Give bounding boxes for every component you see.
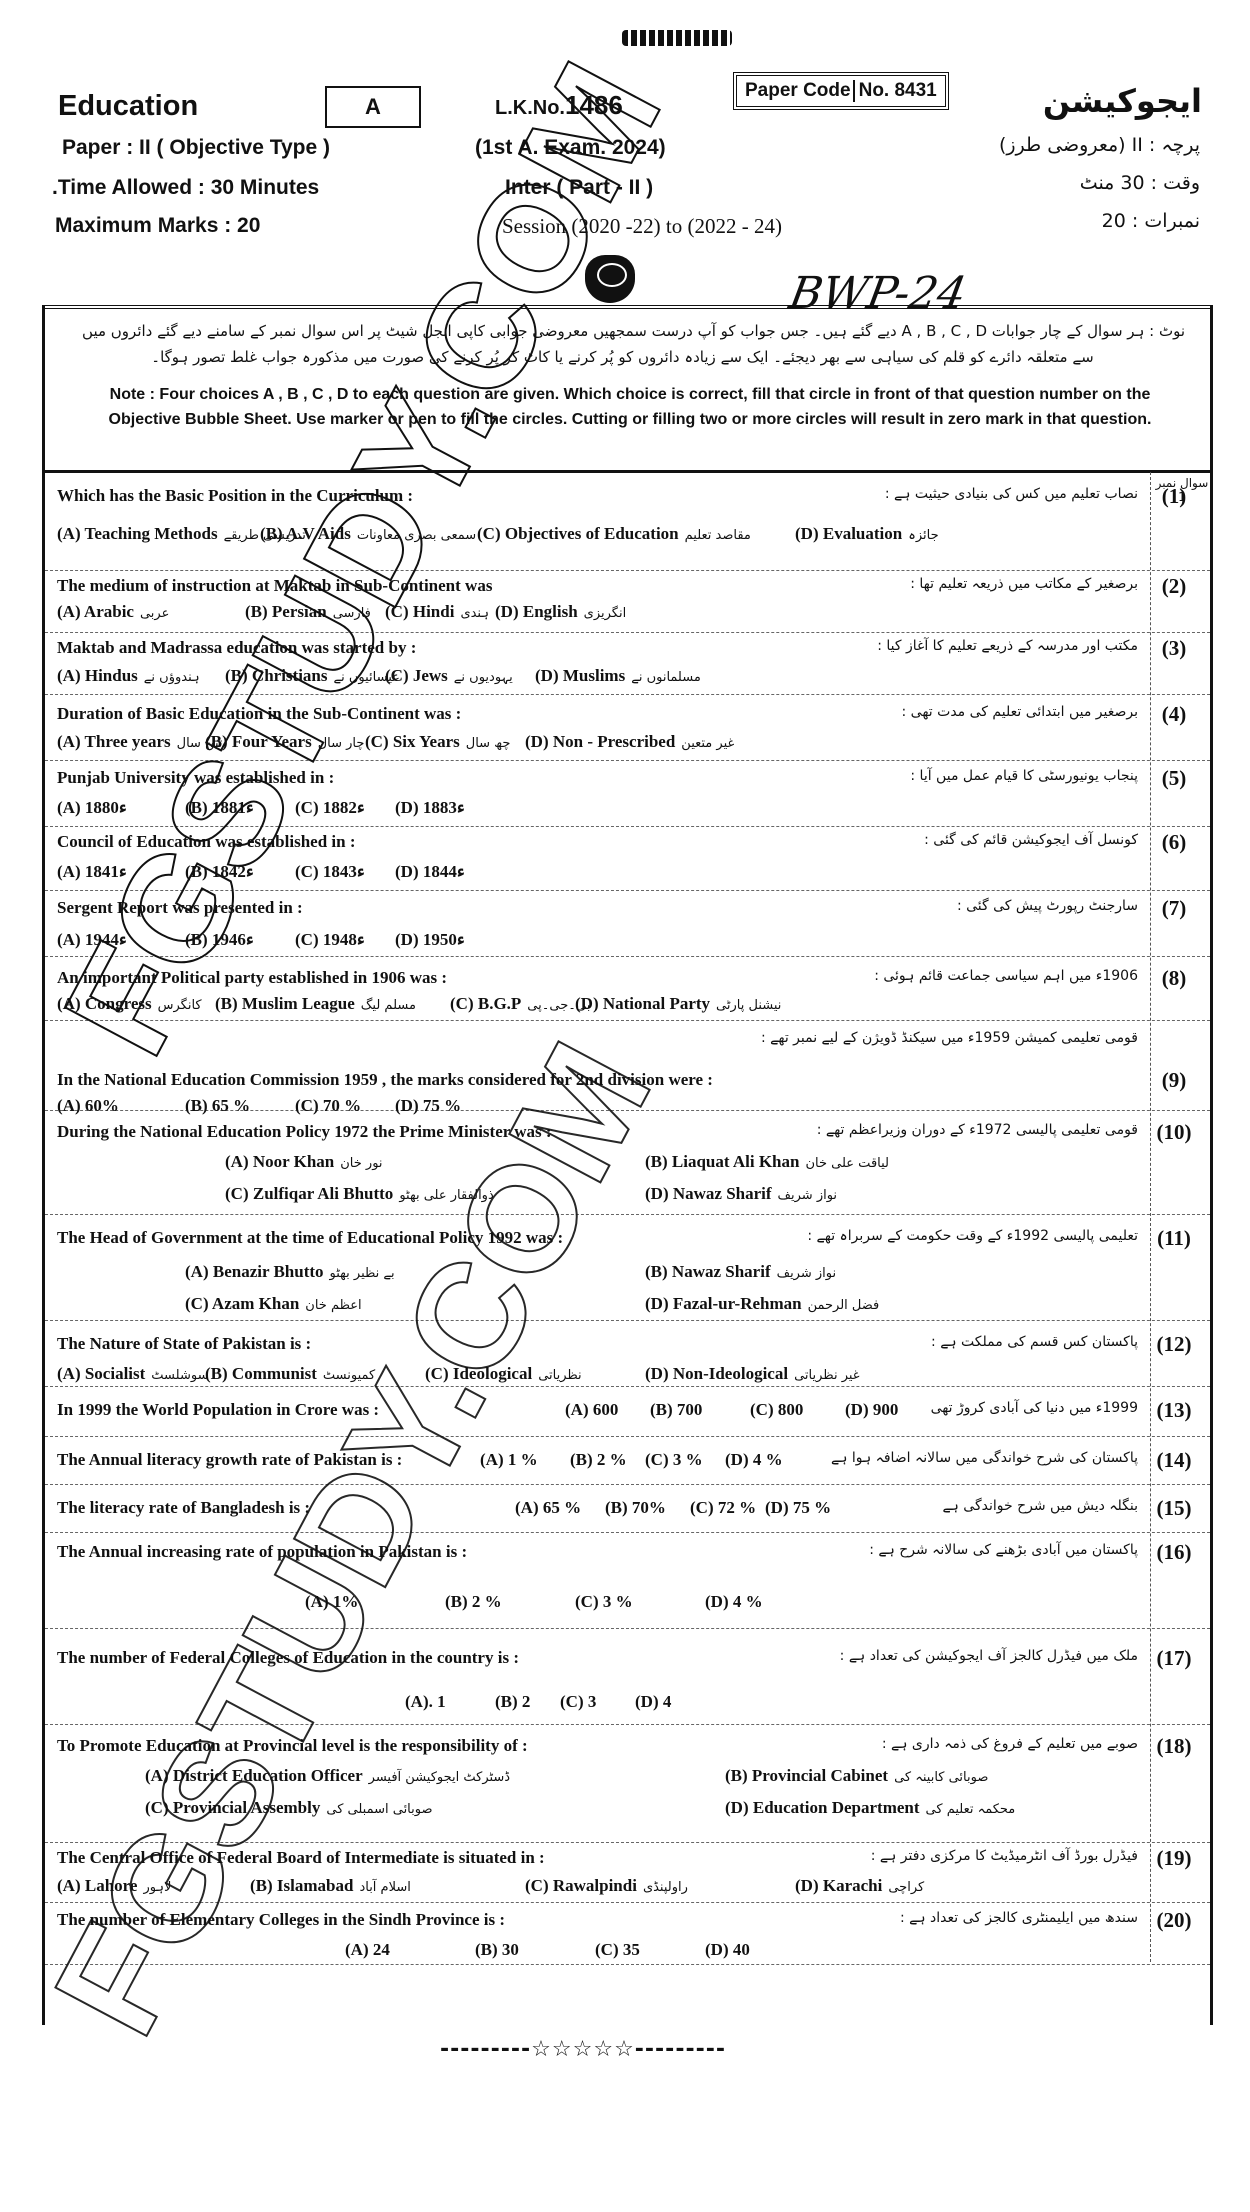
option-label: (D) National Party <box>575 994 710 1013</box>
option-label-urdu: ہندوؤں نے <box>144 670 200 685</box>
option-label: (D) Education Department <box>725 1798 920 1817</box>
option-label: (C) 35 <box>595 1940 640 1959</box>
option-label: (B) ء1881 <box>185 798 254 817</box>
option-a: (A) Arabicعربی <box>57 602 169 622</box>
question-text-urdu: نصاب تعلیم میں کس کی بنیادی حیثیت ہے : <box>885 486 1138 502</box>
option-label: (C) ء1948 <box>295 930 365 949</box>
option-c: (C) 3 % <box>575 1592 639 1612</box>
option-b: (B) Provincial Cabinetصوبائی کابینہ کی <box>725 1766 988 1786</box>
option-label: (B) 700 <box>650 1400 702 1419</box>
option-label-urdu: ذوالفقار علی بھٹو <box>399 1188 493 1203</box>
board-seal-banner <box>622 30 732 46</box>
question-text: Council of Education was established in … <box>57 832 356 852</box>
option-label: (D) 900 <box>845 1400 898 1419</box>
question-number: (3) <box>1146 636 1202 661</box>
option-label: (A) Noor Khan <box>225 1152 334 1171</box>
question-text-urdu: کونسل آف ایجوکیشن قائم کی گئی : <box>924 832 1138 848</box>
question-row: The number of Federal Colleges of Educat… <box>45 1628 1210 1725</box>
option-label-urdu: عربی <box>140 606 169 621</box>
option-c: (C) 800 <box>750 1400 809 1420</box>
option-label: (B) Islamabad <box>250 1876 353 1895</box>
option-label: (C) Objectives of Education <box>477 524 679 543</box>
option-label-urdu: صوبائی کابینہ کی <box>894 1770 988 1785</box>
question-number: (1) <box>1146 484 1202 509</box>
option-c: (C) Azam Khanاعظم خان <box>185 1294 362 1314</box>
subject-title: Education <box>58 90 198 123</box>
question-number: (2) <box>1146 574 1202 599</box>
option-a: (A) 24 <box>345 1940 396 1960</box>
option-label: (C) Rawalpindi <box>525 1876 637 1895</box>
question-row: Which has the Basic Position in the Curr… <box>45 472 1210 571</box>
maximum-marks: Maximum Marks : 20 <box>55 214 260 238</box>
option-label: (A) Benazir Bhutto <box>185 1262 324 1281</box>
option-label: (A) 1% <box>305 1592 358 1611</box>
question-text-urdu: پاکستان کس قسم کی مملکت ہے : <box>931 1334 1138 1350</box>
option-label: (C) 3 <box>560 1692 596 1711</box>
option-label: (D) 4 % <box>725 1450 783 1469</box>
urdu-time-allowed: وقت : 30 منٹ <box>1080 172 1200 194</box>
option-a: (A). 1 <box>405 1692 452 1712</box>
question-number: (18) <box>1146 1734 1202 1759</box>
option-d: (D) ء1883 <box>395 798 471 818</box>
option-d: (D) 4 % <box>725 1450 789 1470</box>
option-label: (D) 4 % <box>705 1592 763 1611</box>
option-label: (C) Azam Khan <box>185 1294 299 1313</box>
option-d: (D) Karachiکراچی <box>795 1876 924 1896</box>
option-label: (D) Fazal-ur-Rehman <box>645 1294 802 1313</box>
option-label-urdu: مسلم لیگ <box>361 998 416 1013</box>
question-row: The literacy rate of Bangladesh is :بنگل… <box>45 1484 1210 1533</box>
option-label: (B) A.V Aids <box>260 524 351 543</box>
option-a: (A) Hindusہندوؤں نے <box>57 666 200 686</box>
option-label: (D) Muslims <box>535 666 625 685</box>
option-label-urdu: کمیونسٹ <box>323 1368 375 1383</box>
option-label-urdu: نواز شریف <box>778 1188 838 1203</box>
option-d: (D) Muslimsمسلمانوں نے <box>535 666 701 686</box>
note-urdu-line-1: نوٹ : ہر سوال کے چار جوابات A , B , C , … <box>60 318 1185 344</box>
option-label: (A) ء1841 <box>57 862 127 881</box>
option-d: (D) Englishانگریزی <box>495 602 626 622</box>
question-row: Punjab University was established in :پن… <box>45 760 1210 827</box>
option-b: (B) ء1946 <box>185 930 260 950</box>
option-label-urdu: غیر متعین <box>681 736 734 751</box>
option-c: (C) 35 <box>595 1940 646 1960</box>
question-text-urdu: برصغیر کے مکاتب میں ذریعہ تعلیم تھا : <box>910 576 1138 592</box>
question-text-urdu: پنجاب یونیورسٹی کا قیام عمل میں آیا : <box>910 768 1138 784</box>
question-text-urdu: 1999ء میں دنیا کی آبادی کروڑ تھی <box>931 1400 1138 1416</box>
question-row: To Promote Education at Provincial level… <box>45 1724 1210 1843</box>
question-text: The Annual literacy growth rate of Pakis… <box>57 1450 402 1470</box>
option-label: (D) Evaluation <box>795 524 902 543</box>
option-c: (C) Six Yearsچھ سال <box>365 732 510 752</box>
question-text: The medium of instruction at Maktab in S… <box>57 576 492 596</box>
question-row: The number of Elementary Colleges in the… <box>45 1902 1210 1965</box>
option-label: (D) ء1883 <box>395 798 465 817</box>
option-label: (C) Hindi <box>385 602 454 621</box>
option-d: (D) 900 <box>845 1400 904 1420</box>
option-label-urdu: فارسی <box>333 606 371 621</box>
option-label: (B) Muslim League <box>215 994 355 1013</box>
question-text-urdu: پاکستان کی شرح خواندگی میں سالانہ اضافہ … <box>831 1450 1138 1466</box>
question-text: Punjab University was established in : <box>57 768 334 788</box>
option-label: (D) Non - Prescribed <box>525 732 675 751</box>
option-b: (B) Nawaz Sharifنواز شریف <box>645 1262 836 1282</box>
option-label: (A) District Education Officer <box>145 1766 363 1785</box>
option-label-urdu: جائزہ <box>908 528 938 543</box>
question-row: An important Political party established… <box>45 956 1210 1021</box>
question-row: The Central Office of Federal Board of I… <box>45 1842 1210 1903</box>
option-label: (A) Teaching Methods <box>57 524 218 543</box>
option-label: (B) Communist <box>205 1364 317 1383</box>
option-label-urdu: لیاقت علی خان <box>805 1156 889 1171</box>
option-label: (C) ء1843 <box>295 862 365 881</box>
option-label-urdu: سوشلسٹ <box>151 1368 208 1383</box>
question-text-urdu: مکتب اور مدرسہ کے ذریعے تعلیم کا آغاز کی… <box>877 638 1138 654</box>
paper-code-value: No. 8431 <box>853 80 937 102</box>
option-label-urdu: ڈسٹرکٹ ایجوکیشن آفیسر <box>369 1770 510 1785</box>
option-label-urdu: فضل الرحمن <box>808 1298 880 1313</box>
question-text-urdu: 1906ء میں اہم سیاسی جماعت قائم ہوئی : <box>874 968 1138 984</box>
question-text: The Head of Government at the time of Ed… <box>57 1228 563 1248</box>
option-b: (B) 2 % <box>445 1592 508 1612</box>
exam-name: (1st A. Exam. 2024) <box>475 136 666 160</box>
question-number: (16) <box>1146 1540 1202 1565</box>
question-number: (19) <box>1146 1846 1202 1871</box>
option-label: (C) Jews <box>385 666 448 685</box>
question-text: Sergent Report was presented in : <box>57 898 303 918</box>
option-label-urdu: مقاصد تعلیم <box>685 528 751 543</box>
option-d: (D) National Partyنیشنل پارٹی <box>575 994 781 1014</box>
option-label: (C) Ideological <box>425 1364 532 1383</box>
question-row: The Annual literacy growth rate of Pakis… <box>45 1436 1210 1485</box>
option-d: (D) Fazal-ur-Rehmanفضل الرحمن <box>645 1294 879 1314</box>
question-text: In the National Education Commission 195… <box>57 1070 713 1090</box>
option-a: (A) Lahoreلاہور <box>57 1876 171 1896</box>
question-number: (10) <box>1146 1120 1202 1145</box>
lk-number-value: 1486 <box>565 90 623 120</box>
note-english: Note : Four choices A , B , C , D to eac… <box>100 382 1160 432</box>
option-d: (D) 4 <box>635 1692 677 1712</box>
option-label: (D) ء1950 <box>395 930 465 949</box>
option-d: (D) Nawaz Sharifنواز شریف <box>645 1184 837 1204</box>
question-text-urdu: سندھ میں ایلیمنٹری کالجز کی تعداد ہے : <box>900 1910 1138 1926</box>
option-label-urdu: نظریاتی <box>538 1368 582 1383</box>
question-text: Which has the Basic Position in the Curr… <box>57 486 413 506</box>
option-label-urdu: لاہور <box>143 1880 171 1895</box>
question-number: (20) <box>1146 1908 1202 1933</box>
option-b: (B) ء1842 <box>185 862 260 882</box>
option-c: (C) Zulfiqar Ali Bhuttoذوالفقار علی بھٹو <box>225 1184 494 1204</box>
option-label-urdu: محکمہ تعلیم کی <box>926 1802 1016 1817</box>
option-label: (A) ء1880 <box>57 798 127 817</box>
option-label: (A) Three years <box>57 732 171 751</box>
option-c: (C) ء1948 <box>295 930 371 950</box>
option-b: (B) Persianفارسی <box>245 602 371 622</box>
option-label: (C) 72 % <box>690 1498 756 1517</box>
option-a: (A) 1% <box>305 1592 364 1612</box>
option-label: (B) Christians <box>225 666 327 685</box>
option-label-urdu: نواز شریف <box>777 1266 837 1281</box>
question-number: (6) <box>1146 830 1202 855</box>
option-d: (D) Evaluationجائزہ <box>795 524 939 544</box>
question-number: (7) <box>1146 896 1202 921</box>
option-a: (A) Congressکانگرس <box>57 994 202 1014</box>
option-label: (B) 30 <box>475 1940 519 1959</box>
question-number: (4) <box>1146 702 1202 727</box>
question-row: In 1999 the World Population in Crore wa… <box>45 1386 1210 1437</box>
question-text-urdu: بنگلہ دیش میں شرح خواندگی ہے <box>942 1498 1138 1514</box>
question-number: (5) <box>1146 766 1202 791</box>
option-a: (A) 65 % <box>515 1498 587 1518</box>
question-row: Sergent Report was presented in :سارجنٹ … <box>45 890 1210 957</box>
option-label: (B) Liaquat Ali Khan <box>645 1152 799 1171</box>
option-label: (A) 24 <box>345 1940 390 1959</box>
option-b: (B) Muslim Leagueمسلم لیگ <box>215 994 416 1014</box>
question-number: (17) <box>1146 1646 1202 1671</box>
option-b: (B) Communistکمیونسٹ <box>205 1364 375 1384</box>
option-label: (C) 3 % <box>575 1592 633 1611</box>
option-label: (B) ء1946 <box>185 930 254 949</box>
question-number: (11) <box>1146 1226 1202 1251</box>
time-allowed: .Time Allowed : 30 Minutes <box>52 176 319 200</box>
option-label-urdu: کراچی <box>888 1880 924 1895</box>
question-text: An important Political party established… <box>57 968 447 988</box>
option-c: (C) 3 <box>560 1692 602 1712</box>
option-label: (C) 800 <box>750 1400 803 1419</box>
question-text-urdu: قومی تعلیمی کمیشن 1959ء میں سیکنڈ ڈویژن … <box>761 1030 1138 1046</box>
paper-set-box: A <box>325 86 421 128</box>
option-label: (B) 2 % <box>570 1450 627 1469</box>
option-d: (D) ء1844 <box>395 862 471 882</box>
question-row: Maktab and Madrassa education was starte… <box>45 632 1210 695</box>
option-c: (C) Rawalpindiراولپنڈی <box>525 1876 688 1896</box>
question-row: The Head of Government at the time of Ed… <box>45 1214 1210 1321</box>
question-text-urdu: قومی تعلیمی پالیسی 1972ء کے دوران وزیراع… <box>817 1122 1138 1138</box>
lk-number: L.K.No.1486 <box>495 90 623 121</box>
class-level: Inter ( Part - II ) <box>505 176 653 200</box>
question-text: To Promote Education at Provincial level… <box>57 1736 528 1756</box>
option-a: (A) ء1880 <box>57 798 133 818</box>
option-label: (B) Four Years <box>205 732 312 751</box>
option-c: (C) Hindiہندی <box>385 602 489 622</box>
option-label: (D) Nawaz Sharif <box>645 1184 772 1203</box>
question-row: The Annual increasing rate of population… <box>45 1532 1210 1629</box>
option-a: (A) ء1944 <box>57 930 133 950</box>
option-b: (B) Christiansعیسائیوں نے <box>225 666 400 686</box>
option-label: (C) ء1882 <box>295 798 365 817</box>
question-text: The number of Federal Colleges of Educat… <box>57 1648 519 1668</box>
end-of-paper-mark: ---------☆☆☆☆☆--------- <box>440 2037 726 2062</box>
option-b: (B) 30 <box>475 1940 525 1960</box>
option-label-urdu: ہندی <box>460 606 489 621</box>
question-row: The Nature of State of Pakistan is :پاکس… <box>45 1320 1210 1387</box>
option-label: (A) 65 % <box>515 1498 581 1517</box>
option-a: (A) Socialistسوشلسٹ <box>57 1364 208 1384</box>
option-label: (A) Lahore <box>57 1876 137 1895</box>
option-label: (A) ء1944 <box>57 930 127 949</box>
urdu-marks: نمبرات : 20 <box>1102 210 1200 232</box>
option-label: (B) Persian <box>245 602 327 621</box>
question-row: The medium of instruction at Maktab in S… <box>45 570 1210 633</box>
option-b: (B) Four Yearsچار سال <box>205 732 364 752</box>
question-text-urdu: پاکستان میں آبادی بڑھنے کی سالانہ شرح ہے… <box>869 1542 1138 1558</box>
option-label: (B) 2 % <box>445 1592 502 1611</box>
option-label: (C) 3 % <box>645 1450 703 1469</box>
urdu-subject-title: ایجوکیشن <box>1043 82 1202 120</box>
question-text-urdu: ملک میں فیڈرل کالجز آف ایجوکیشن کی تعداد… <box>840 1648 1138 1664</box>
option-b: (B) 70% <box>605 1498 672 1518</box>
question-text: Maktab and Madrassa education was starte… <box>57 638 416 658</box>
question-text: During the National Education Policy 197… <box>57 1122 552 1142</box>
option-d: (D) 40 <box>705 1940 756 1960</box>
question-row: During the National Education Policy 197… <box>45 1110 1210 1215</box>
option-a: (A) District Education Officerڈسٹرکٹ ایج… <box>145 1766 510 1786</box>
note-urdu: نوٹ : ہر سوال کے چار جوابات A , B , C , … <box>60 318 1185 370</box>
question-number: (8) <box>1146 966 1202 991</box>
question-row: Duration of Basic Education in the Sub-C… <box>45 694 1210 761</box>
option-d: (D) Non - Prescribedغیر متعین <box>525 732 734 752</box>
option-a: (A) Three yearsتین سال <box>57 732 223 752</box>
option-label: (D) Karachi <box>795 1876 882 1895</box>
option-d: (D) 4 % <box>705 1592 769 1612</box>
question-row: Council of Education was established in … <box>45 826 1210 891</box>
option-label-urdu: نیشنل پارٹی <box>716 998 781 1013</box>
option-label: (D) 40 <box>705 1940 750 1959</box>
option-label: (B) Nawaz Sharif <box>645 1262 771 1281</box>
option-label: (B) 70% <box>605 1498 666 1517</box>
option-label: (D) English <box>495 602 578 621</box>
question-number: (13) <box>1146 1398 1202 1423</box>
option-b: (B) 2 % <box>570 1450 633 1470</box>
option-label: (A) 600 <box>565 1400 618 1419</box>
question-number: (15) <box>1146 1496 1202 1521</box>
option-d: (D) Non-Ideologicalغیر نظریاتی <box>645 1364 860 1384</box>
question-text: The literacy rate of Bangladesh is : <box>57 1498 310 1518</box>
option-label: (A) Congress <box>57 994 152 1013</box>
urdu-paper-type: پرچہ : II (معروضی طرز) <box>999 134 1200 156</box>
option-label: (A) Arabic <box>57 602 134 621</box>
option-label: (B) Provincial Cabinet <box>725 1766 888 1785</box>
option-label: (C) Zulfiqar Ali Bhutto <box>225 1184 393 1203</box>
option-label-urdu: اعظم خان <box>305 1298 361 1313</box>
option-label: (A) Socialist <box>57 1364 145 1383</box>
option-label: (C) Provincial Assembly <box>145 1798 320 1817</box>
option-label-urdu: چھ سال <box>466 736 511 751</box>
question-text: The number of Elementary Colleges in the… <box>57 1910 505 1930</box>
option-b: (B) A.V Aidsسمعی بصری معاونات <box>260 524 476 544</box>
option-a: (A) ء1841 <box>57 862 133 882</box>
option-c: (C) ء1843 <box>295 862 371 882</box>
option-c: (C) Ideologicalنظریاتی <box>425 1364 582 1384</box>
session: Session (2020 -22) to (2022 - 24) <box>502 214 782 239</box>
question-text-urdu: تعلیمی پالیسی 1992ء کے وقت حکومت کے سربر… <box>807 1228 1138 1244</box>
option-label: (D) 75 % <box>765 1498 831 1517</box>
option-label: (A) Hindus <box>57 666 138 685</box>
option-a: (A) 1 % <box>480 1450 544 1470</box>
option-b: (B) 2 <box>495 1692 536 1712</box>
option-c: (C) Jewsیہودیوں نے <box>385 666 513 686</box>
question-text: Duration of Basic Education in the Sub-C… <box>57 704 461 724</box>
question-text: The Central Office of Federal Board of I… <box>57 1848 545 1868</box>
question-text-urdu: صوبے میں تعلیم کے فروغ کی ذمہ داری ہے : <box>882 1736 1138 1752</box>
option-c: (C) ء1882 <box>295 798 371 818</box>
option-c: (C) B.G.Pبی۔جی۔پی <box>450 994 590 1014</box>
option-label: (A). 1 <box>405 1692 446 1711</box>
question-text-urdu: سارجنٹ رپورٹ پیش کی گئی : <box>957 898 1138 914</box>
option-label: (D) Non-Ideological <box>645 1364 788 1383</box>
option-label-urdu: انگریزی <box>584 606 627 621</box>
option-label-urdu: صوبائی اسمبلی کی <box>326 1802 432 1817</box>
option-c: (C) 3 % <box>645 1450 709 1470</box>
option-label: (D) 4 <box>635 1692 671 1711</box>
question-number: (14) <box>1146 1448 1202 1473</box>
option-d: (D) ء1950 <box>395 930 471 950</box>
option-label-urdu: غیر نظریاتی <box>794 1368 860 1383</box>
question-text: The Nature of State of Pakistan is : <box>57 1334 311 1354</box>
option-d: (D) 75 % <box>765 1498 837 1518</box>
option-a: (A) 600 <box>565 1400 624 1420</box>
option-c: (C) Provincial Assemblyصوبائی اسمبلی کی <box>145 1798 433 1818</box>
option-label-urdu: کانگرس <box>158 998 202 1013</box>
option-label-urdu: بے نظیر بھٹو <box>330 1266 395 1281</box>
option-label-urdu: یہودیوں نے <box>454 670 513 685</box>
option-a: (A) Benazir Bhuttoبے نظیر بھٹو <box>185 1262 395 1282</box>
option-label-urdu: نور خان <box>340 1156 382 1171</box>
option-b: (B) Liaquat Ali Khanلیاقت علی خان <box>645 1152 889 1172</box>
paper-code-label: Paper Code <box>745 80 851 102</box>
option-c: (C) Objectives of Educationمقاصد تعلیم <box>477 524 751 544</box>
board-emblem-icon <box>585 255 635 303</box>
question-text: The Annual increasing rate of population… <box>57 1542 467 1562</box>
note-urdu-line-2: سے متعلقہ دائرے کو قلم کی سیاہی سے بھر د… <box>60 344 1185 370</box>
option-label: (B) 2 <box>495 1692 530 1711</box>
option-label-urdu: چار سال <box>318 736 365 751</box>
option-label: (C) Six Years <box>365 732 460 751</box>
option-b: (B) ء1881 <box>185 798 260 818</box>
question-text-urdu: برصغیر میں ابتدائی تعلیم کی مدت تھی : <box>902 704 1138 720</box>
option-label: (A) 1 % <box>480 1450 538 1469</box>
question-number: (9) <box>1146 1068 1202 1093</box>
lk-number-label: L.K.No. <box>495 97 565 119</box>
paper-code-box: Paper CodeNo. 8431 <box>733 72 949 110</box>
option-label: (B) ء1842 <box>185 862 254 881</box>
option-label-urdu: راولپنڈی <box>643 1880 688 1895</box>
option-b: (B) Islamabadاسلام آباد <box>250 1876 411 1896</box>
option-d: (D) Education Departmentمحکمہ تعلیم کی <box>725 1798 1015 1818</box>
option-label-urdu: مسلمانوں نے <box>631 670 701 685</box>
question-text: In 1999 the World Population in Crore wa… <box>57 1400 379 1420</box>
option-label-urdu: اسلام آباد <box>359 1880 410 1895</box>
paper-type: Paper : II ( Objective Type ) <box>62 136 330 160</box>
option-b: (B) 700 <box>650 1400 708 1420</box>
option-a: (A) Noor Khanنور خان <box>225 1152 383 1172</box>
option-label: (D) ء1844 <box>395 862 465 881</box>
option-label: (C) B.G.P <box>450 994 521 1013</box>
question-text-urdu: فیڈرل بورڈ آف انٹرمیڈیٹ کا مرکزی دفتر ہے… <box>871 1848 1138 1864</box>
question-number: (12) <box>1146 1332 1202 1357</box>
option-label-urdu: سمعی بصری معاونات <box>357 528 476 543</box>
question-row: In the National Education Commission 195… <box>45 1020 1210 1111</box>
option-c: (C) 72 % <box>690 1498 762 1518</box>
